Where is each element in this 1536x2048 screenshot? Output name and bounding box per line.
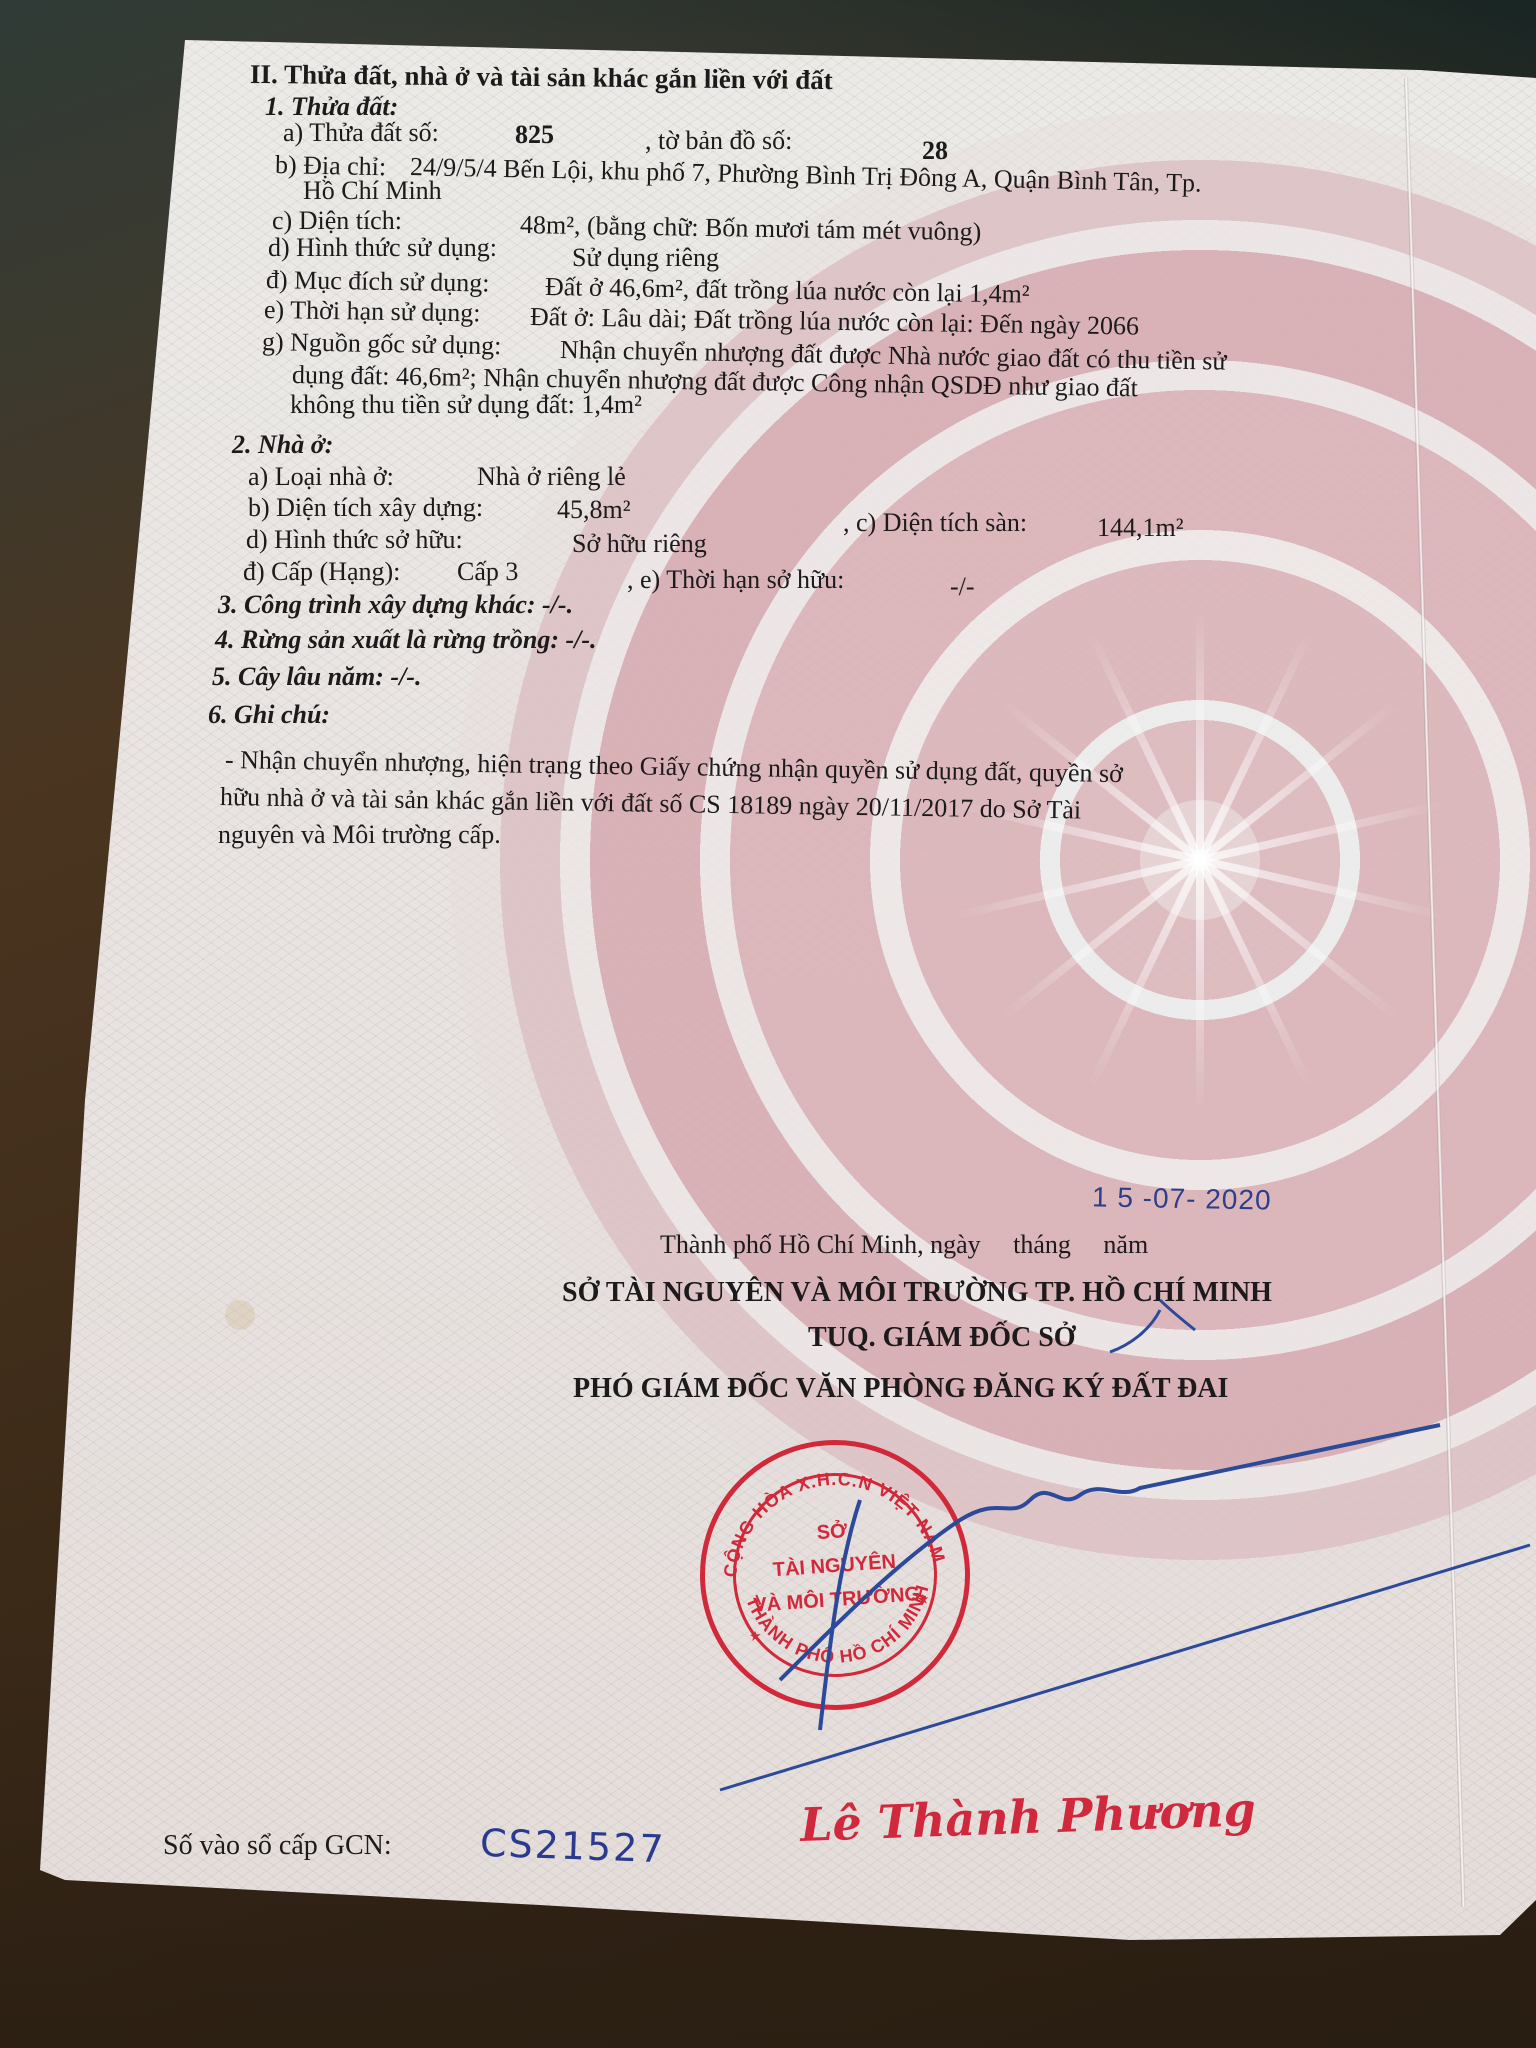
handwritten-signature	[0, 0, 1536, 2048]
registry-label: Số vào sổ cấp GCN:	[163, 1830, 392, 1862]
registry-number: CS21527	[479, 1821, 666, 1871]
